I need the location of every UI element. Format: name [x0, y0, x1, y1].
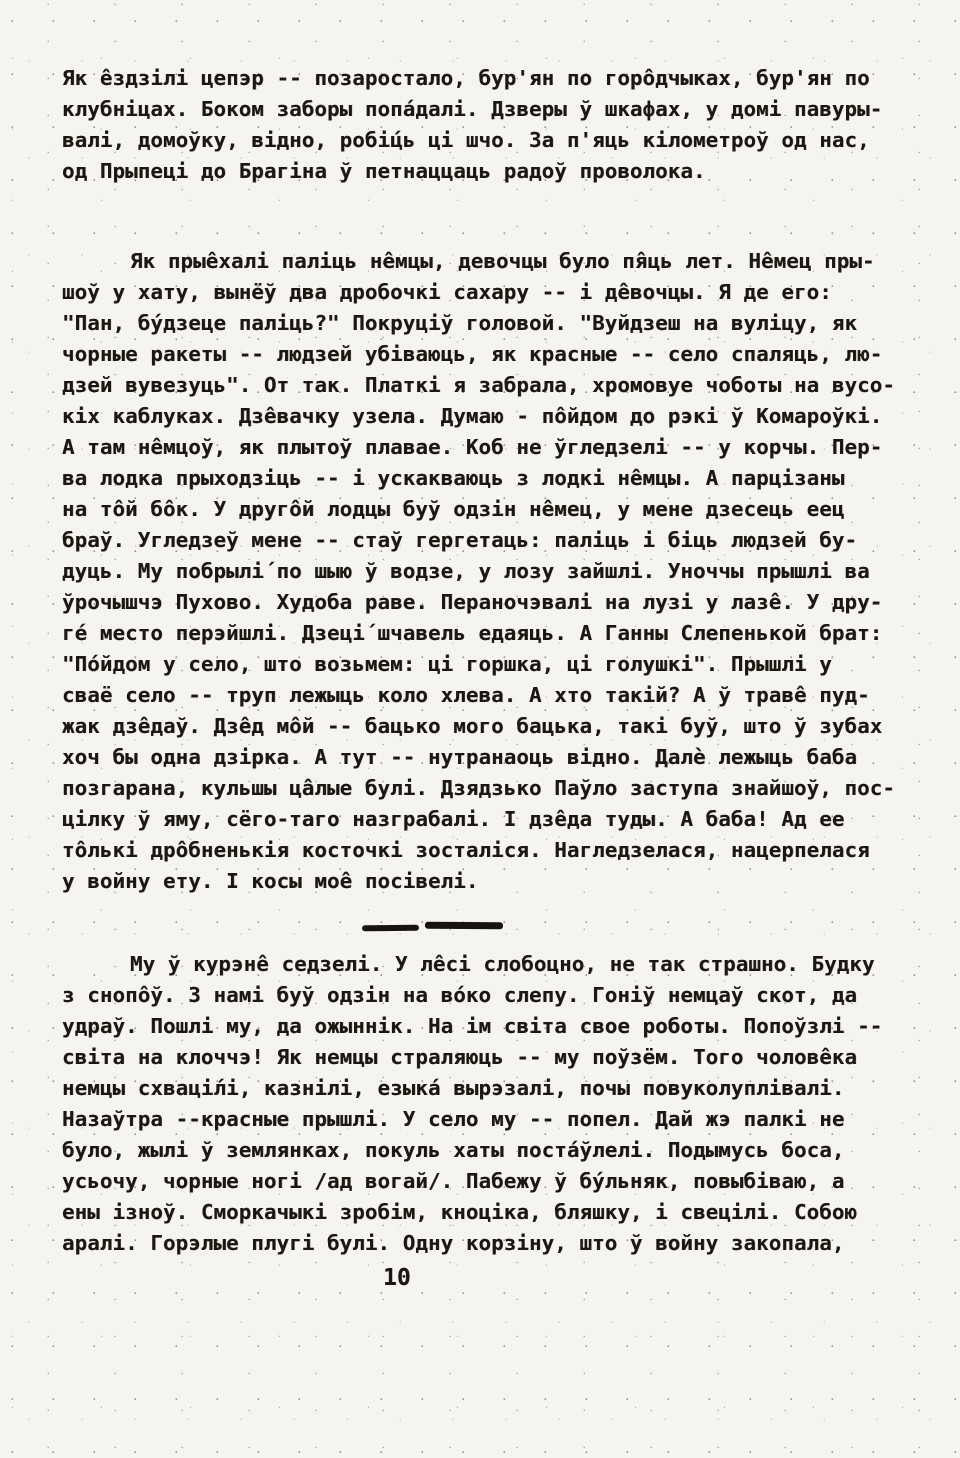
paragraph-1: Як е̂здзілі цепэр -- позаростало, бур'ян… [62, 63, 908, 187]
scanned-document-page: Як е̂здзілі цепэр -- позаростало, бур'ян… [0, 0, 960, 1458]
paragraph-2: Як прые̂халі паліць не̂мцы, девочцы було… [62, 246, 908, 897]
section-divider-dash-right [425, 922, 503, 930]
page-number: 10 [383, 1263, 411, 1294]
section-divider-dash-left [362, 925, 419, 932]
paragraph-3: Му ў курэне̂ седзелі. У ле̂сі слобоцно, … [62, 949, 908, 1259]
